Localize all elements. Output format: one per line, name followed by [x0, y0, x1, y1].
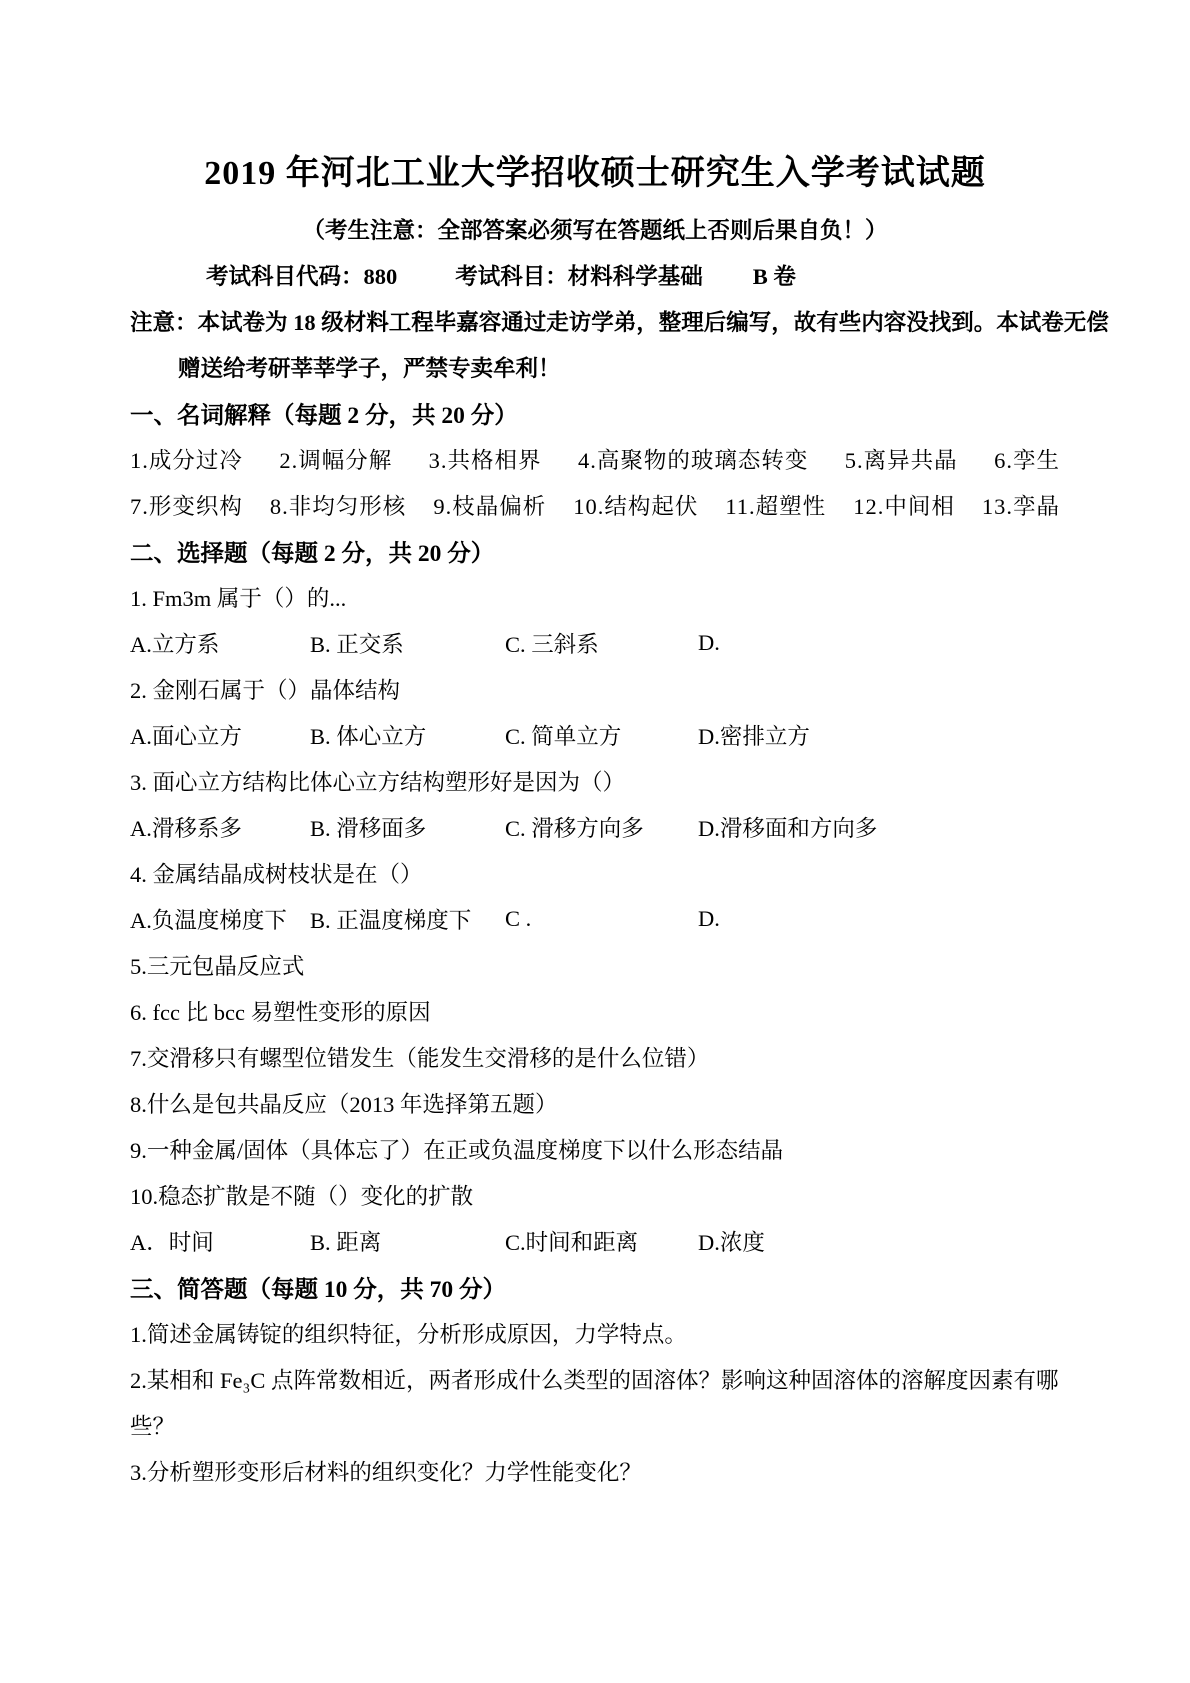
- option-d: D.浓度: [698, 1225, 1060, 1257]
- section1-heading: 一、名词解释（每题 2 分，共 20 分）: [130, 390, 1060, 436]
- option-a: A.负温度梯度下: [130, 903, 310, 935]
- subject-code: 考试科目代码：880: [206, 259, 397, 291]
- section2-heading: 二、选择题（每题 2 分，共 20 分）: [130, 528, 1060, 574]
- subject-name: 考试科目：材料科学基础: [455, 259, 703, 291]
- term-item: 9.枝晶偏析: [433, 489, 546, 521]
- question-stem: 1. Fm3m 属于（）的...: [130, 574, 1060, 620]
- option-d: D.: [698, 906, 1060, 932]
- option-b: B. 体心立方: [310, 719, 505, 751]
- question-stem: 10.稳态扩散是不随（）变化的扩散: [130, 1172, 1060, 1218]
- option-a: A.立方系: [130, 627, 310, 659]
- term-item: 13.孪晶: [982, 489, 1060, 521]
- subject-info-line: 考试科目代码：880 考试科目：材料科学基础 B 卷: [130, 252, 1060, 298]
- section1-terms-row1: 1.成分过冷 2.调幅分解 3.共格相界 4.高聚物的玻璃态转变 5.离异共晶 …: [130, 436, 1060, 482]
- term-item: 8.非均匀形核: [270, 489, 406, 521]
- question-stem: 3.分析塑形变形后材料的组织变化？力学性能变化？: [130, 1448, 1060, 1494]
- term-item: 12.中间相: [853, 489, 955, 521]
- option-a: A.面心立方: [130, 719, 310, 751]
- question-stem: 8.什么是包共晶反应（2013 年选择第五题）: [130, 1080, 1060, 1126]
- term-item: 7.形变织构: [130, 489, 243, 521]
- option-d: D.密排立方: [698, 719, 1060, 751]
- question-options: A.立方系 B. 正交系 C. 三斜系 D.: [130, 620, 1060, 666]
- term-item: 4.高聚物的玻璃态转变: [578, 443, 808, 475]
- question-stem: 1.简述金属铸锭的组织特征，分析形成原因，力学特点。: [130, 1310, 1060, 1356]
- question-options: A.负温度梯度下 B. 正温度梯度下 C . D.: [130, 896, 1060, 942]
- question-options: A.面心立方 B. 体心立方 C. 简单立方 D.密排立方: [130, 712, 1060, 758]
- option-b: B. 正交系: [310, 627, 505, 659]
- term-item: 5.离异共晶: [845, 443, 958, 475]
- paper-variant: B 卷: [753, 259, 796, 291]
- term-item: 2.调幅分解: [279, 443, 392, 475]
- question-stem: 6. fcc 比 bcc 易塑性变形的原因: [130, 988, 1060, 1034]
- section1-terms-row2: 7.形变织构 8.非均匀形核 9.枝晶偏析 10.结构起伏 11.超塑性 12.…: [130, 482, 1060, 528]
- option-c: C. 简单立方: [505, 719, 698, 751]
- term-item: 6.孪生: [994, 443, 1060, 475]
- term-item: 11.超塑性: [725, 489, 826, 521]
- option-b: B. 距离: [310, 1225, 505, 1257]
- section3-heading: 三、简答题（每题 10 分，共 70 分）: [130, 1264, 1060, 1310]
- option-b: B. 滑移面多: [310, 811, 505, 843]
- option-c: C .: [505, 906, 698, 932]
- question-stem: 7.交滑移只有螺型位错发生（能发生交滑移的是什么位错）: [130, 1034, 1060, 1080]
- question-stem: 9.一种金属/固体（具体忘了）在正或负温度梯度下以什么形态结晶: [130, 1126, 1060, 1172]
- option-d: D.滑移面和方向多: [698, 811, 1060, 843]
- option-b: B. 正温度梯度下: [310, 903, 505, 935]
- question-stem: 4. 金属结晶成树枝状是在（）: [130, 850, 1060, 896]
- question-stem: 2.某相和 Fe₃C 点阵常数相近，两者形成什么类型的固溶体？影响这种固溶体的溶…: [130, 1356, 1060, 1402]
- question-stem: 2. 金刚石属于（）晶体结构: [130, 666, 1060, 712]
- question-options: A.滑移系多 B. 滑移面多 C. 滑移方向多 D.滑移面和方向多: [130, 804, 1060, 850]
- option-a: A.滑移系多: [130, 811, 310, 843]
- compiler-note-line2: 赠送给考研莘莘学子，严禁专卖牟利！: [130, 344, 1060, 390]
- question-stem-continuation: 些？: [130, 1402, 1060, 1448]
- term-item: 10.结构起伏: [573, 489, 698, 521]
- compiler-note-line1: 注意：本试卷为 18 级材料工程毕嘉容通过走访学弟，整理后编写，故有些内容没找到…: [130, 298, 1060, 344]
- exam-title: 2019 年河北工业大学招收硕士研究生入学考试试题: [130, 148, 1060, 200]
- question-options: A．时间 B. 距离 C.时间和距离 D.浓度: [130, 1218, 1060, 1264]
- option-a: A．时间: [130, 1225, 310, 1257]
- question-stem: 3. 面心立方结构比体心立方结构塑形好是因为（）: [130, 758, 1060, 804]
- option-d: D.: [698, 630, 1060, 656]
- term-item: 3.共格相界: [429, 443, 542, 475]
- term-item: 1.成分过冷: [130, 443, 243, 475]
- question-stem: 5.三元包晶反应式: [130, 942, 1060, 988]
- option-c: C.时间和距离: [505, 1225, 698, 1257]
- candidate-notice: （考生注意：全部答案必须写在答题纸上否则后果自负！）: [130, 206, 1060, 252]
- option-c: C. 滑移方向多: [505, 811, 698, 843]
- option-c: C. 三斜系: [505, 627, 698, 659]
- exam-document: 2019 年河北工业大学招收硕士研究生入学考试试题 （考生注意：全部答案必须写在…: [0, 0, 1190, 1683]
